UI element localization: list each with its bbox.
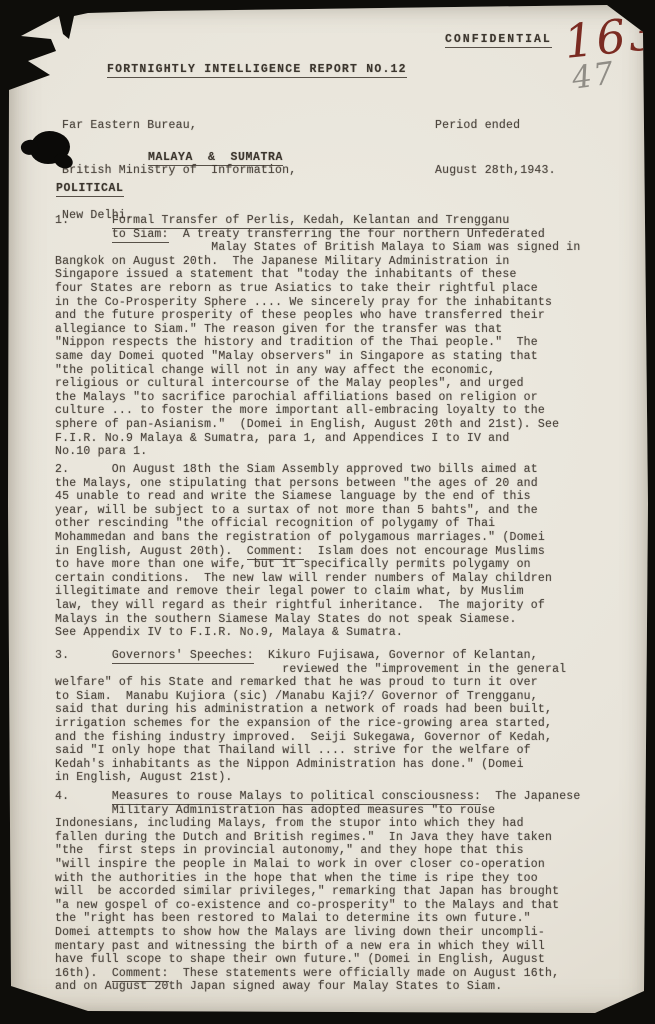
text-line: said "I only hope that Thailand will ...…	[55, 744, 566, 758]
text-line: Indonesians, including Malays, from the …	[55, 817, 581, 831]
text-line: 16th). Comment: These statements were of…	[55, 967, 581, 981]
text-line: and on August 20th Japan signed away fou…	[55, 980, 581, 994]
ink-blot	[30, 131, 70, 164]
text-line: Kedah's inhabitants as the Nippon Admini…	[55, 758, 566, 772]
section-title: MALAYA & SUMATRA	[148, 151, 283, 164]
text-line: Malays in the southern Siamese Malay Sta…	[55, 613, 552, 627]
text-line: Singapore issued a statement that "today…	[55, 268, 580, 282]
subsection-title: POLITICAL	[56, 182, 124, 195]
text-line: said that during his administration a ne…	[55, 703, 566, 717]
text-line: with the authorities in the hope that wh…	[55, 872, 581, 886]
text-line: culture ... to foster the more important…	[55, 404, 580, 418]
text-line: "the first steps in provincial autonomy,…	[55, 844, 581, 858]
text-line: 2. On August 18th the Siam Assembly appr…	[55, 463, 552, 477]
text-line: mentary past and witnessing the birth of…	[55, 940, 581, 954]
classification-text: CONFIDENTIAL	[445, 33, 552, 48]
text-line: certain conditions. The new law will ren…	[55, 572, 552, 586]
text-line: to Siam: A treaty transferring the four …	[55, 228, 580, 242]
text-line: will be accorded similar privileges," re…	[55, 885, 581, 899]
handwritten-number-pencil: 47	[570, 55, 618, 97]
text-line: No.10 para 1.	[55, 445, 580, 459]
report-period: Period ended August 28th,1943.	[435, 88, 556, 208]
text-line: sphere of pan-Asianism." (Domei in Engli…	[55, 418, 580, 432]
subsection-title-text: POLITICAL	[56, 182, 124, 197]
text-line: Malay States of British Malaya to Siam w…	[55, 241, 580, 255]
text-line: reviewed the "improvement in the general	[55, 663, 566, 677]
text-line: Domei attempts to show how the Malays ar…	[55, 926, 581, 940]
address-line: Far Eastern Bureau,	[62, 118, 296, 133]
text-line: other rescinding "the official recogniti…	[55, 517, 552, 531]
text-line: to have more than one wife, but it speci…	[55, 558, 552, 572]
text-line: in English, August 21st).	[55, 771, 566, 785]
text-line: in the Co-Prosperity Sphere .... We sinc…	[55, 296, 580, 310]
paragraph-3-governors-speeches: 3. Governors' Speeches: Kikuro Fujisawa,…	[55, 649, 566, 785]
text-line: 3. Governors' Speeches: Kikuro Fujisawa,…	[55, 649, 566, 663]
text-line: "a new gospel of co-existence and co-pro…	[55, 899, 581, 913]
text-line: See Appendix IV to F.I.R. No.9, Malaya &…	[55, 626, 552, 640]
paragraph-1-formal-transfer: 1. Formal Transfer of Perlis, Kedah, Kel…	[55, 214, 580, 459]
text-line: year, will be subject to a surtax of not…	[55, 504, 552, 518]
text-line: F.I.R. No.9 Malaya & Sumatra, para 1, an…	[55, 432, 580, 446]
section-title-text: MALAYA & SUMATRA	[148, 151, 283, 166]
text-line: irrigation schemes for the expansion of …	[55, 717, 566, 731]
text-line: four States are reborn as true Asiatics …	[55, 282, 580, 296]
text-line: the Malays "to sacrifice parochial affil…	[55, 391, 580, 405]
text-line: to Siam. Manabu Kujiora (sic) /Manabu Ka…	[55, 690, 566, 704]
text-line: "Nippon respects the history and traditi…	[55, 336, 580, 350]
document-title-text: FORTNIGHTLY INTELLIGENCE REPORT NO.12	[107, 63, 407, 78]
classification-stamp: CONFIDENTIAL	[445, 33, 552, 46]
text-line: allegiance to Siam." The reason given fo…	[55, 323, 580, 337]
text-line: religious or cultural intercourse of the…	[55, 377, 580, 391]
text-line: "will inspire the people in Malai to wor…	[55, 858, 581, 872]
text-line: 4. Measures to rouse Malays to political…	[55, 790, 581, 804]
text-line: law, they will regard as their rightful …	[55, 599, 552, 613]
text-line: fallen during the Dutch and British regi…	[55, 831, 581, 845]
text-line: illegitimate and remove their legal powe…	[55, 585, 552, 599]
paragraph-4-rouse-malays: 4. Measures to rouse Malays to political…	[55, 790, 581, 994]
text-line: same day Domei quoted "Malay observers" …	[55, 350, 580, 364]
text-line: and the fishing industry improved. Seiji…	[55, 731, 566, 745]
text-line: the "right has been restored to Malai to…	[55, 912, 581, 926]
paragraph-2-siam-assembly-bills: 2. On August 18th the Siam Assembly appr…	[55, 463, 552, 640]
period-line: Period ended	[435, 118, 556, 133]
text-line: in English, August 20th). Comment: Islam…	[55, 545, 552, 559]
text-line: "the political change will not in any wa…	[55, 364, 580, 378]
document-title: FORTNIGHTLY INTELLIGENCE REPORT NO.12	[107, 63, 407, 76]
text-line: Military Administration has adopted meas…	[55, 804, 581, 818]
text-line: 1. Formal Transfer of Perlis, Kedah, Kel…	[55, 214, 580, 228]
text-line: have full scope to shape their own futur…	[55, 953, 581, 967]
text-line: welfare" of his State and remarked that …	[55, 676, 566, 690]
text-line: the Malays, one stipulating that persons…	[55, 477, 552, 491]
text-line: Mohammedan and bans the registration of …	[55, 531, 552, 545]
text-line: and the future prosperity of these peopl…	[55, 309, 580, 323]
document-page: CONFIDENTIAL FORTNIGHTLY INTELLIGENCE RE…	[6, 4, 650, 1018]
text-line: Bangkok on August 20th. The Japanese Mil…	[55, 255, 580, 269]
text-line: 45 unable to read and write the Siamese …	[55, 490, 552, 504]
period-line: August 28th,1943.	[435, 163, 556, 178]
